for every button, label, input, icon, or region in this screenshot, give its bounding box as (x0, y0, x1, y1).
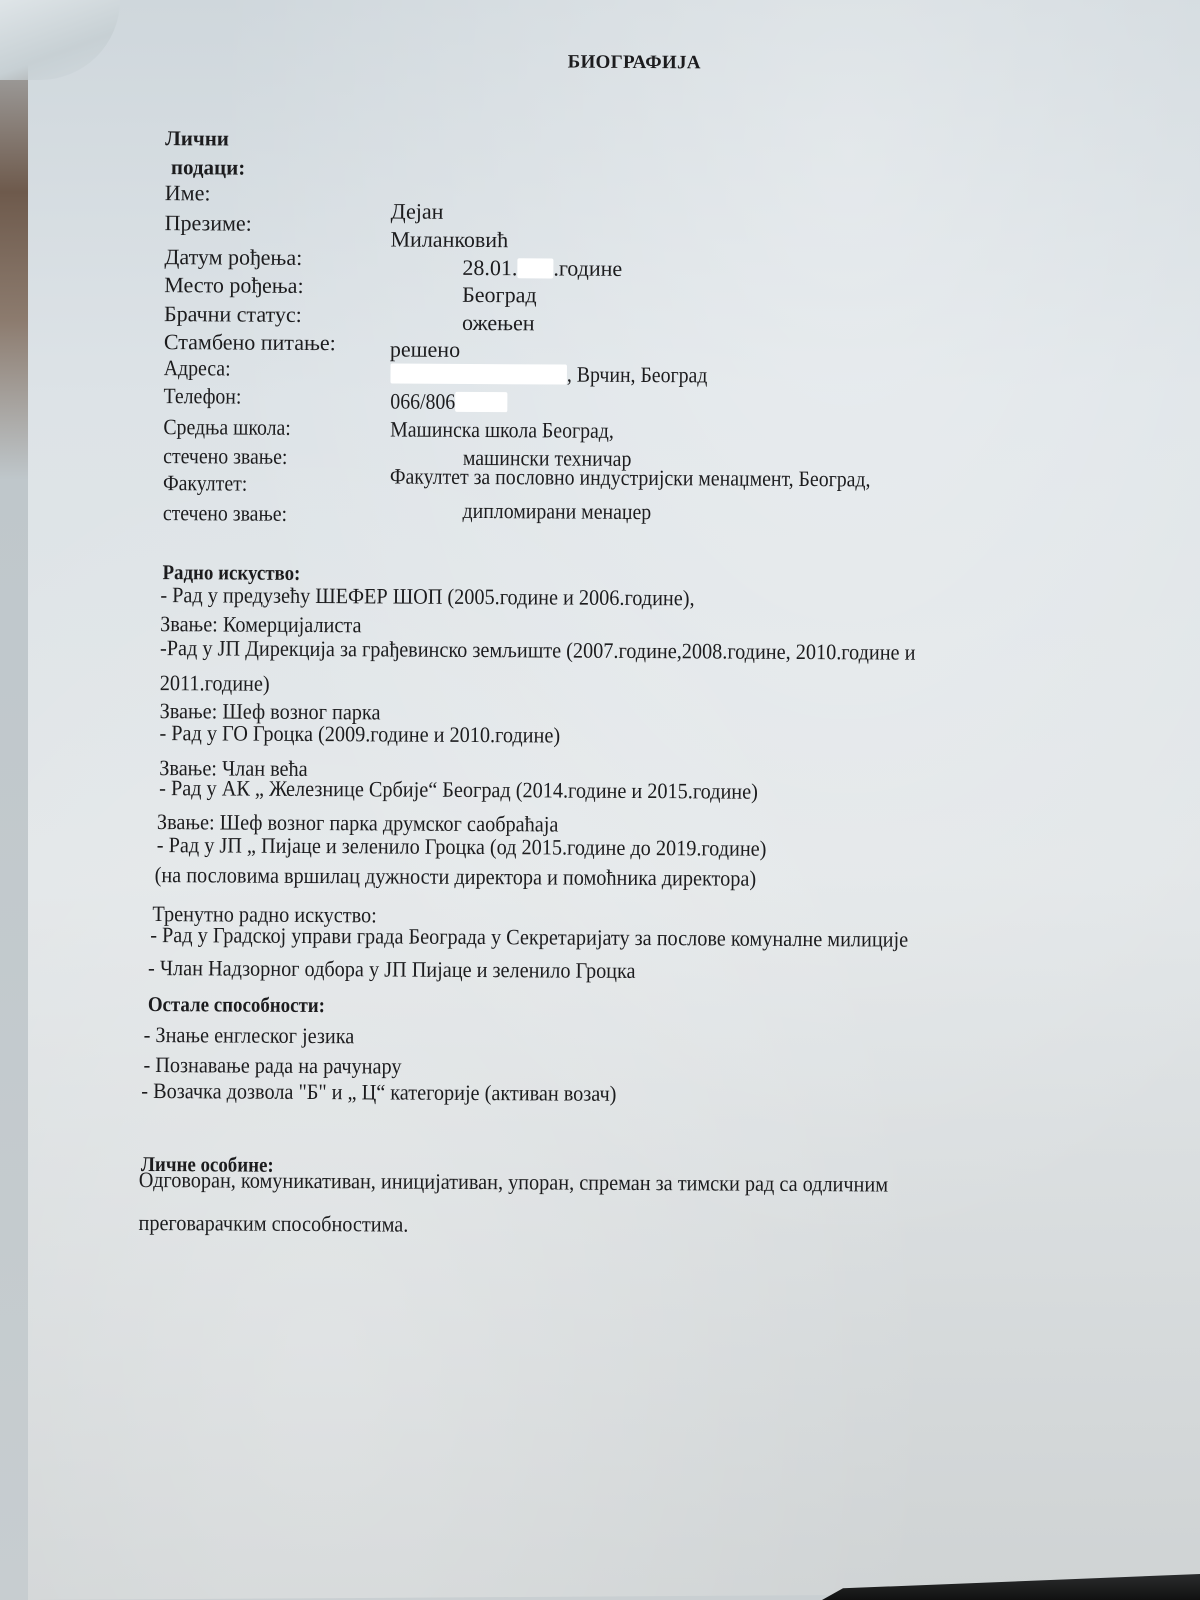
work-line: - Рад у ЈП „ Пијаце и зеленило Гроцка (о… (157, 834, 767, 860)
personal-data-heading-line1: Лични (165, 126, 229, 151)
work-line: - Рад у ГО Гроцка (2009.године и 2010.го… (159, 722, 560, 746)
redacted-phone-digits (455, 392, 507, 412)
document-title: БИОГРАФИЈА (568, 52, 701, 75)
field-label: стечено звање: (163, 445, 287, 468)
work-line: - Рад у АК „ Железнице Србије“ Београд (… (159, 777, 758, 803)
birth-date-prefix: 28.01. (462, 255, 517, 280)
work-line: 2011.године) (160, 672, 270, 695)
field-value: Дејан (391, 200, 444, 222)
other-skills-heading: Остале способности: (148, 992, 325, 1018)
work-line: - Члан Надзорног одбора у ЈП Пијаце и зе… (148, 957, 636, 982)
field-label: Брачни статус: (164, 303, 302, 326)
field-value: , Врчин, Београд (390, 362, 707, 386)
field-label: Средња школа: (163, 416, 291, 439)
field-label: Датум рођења: (164, 246, 302, 269)
field-label: Адреса: (164, 357, 231, 379)
field-label: Факултет: (163, 472, 247, 495)
redacted-year (517, 258, 553, 278)
field-value: Миланковић (390, 228, 508, 251)
work-line: - Рад у предузећу ШЕФЕР ШОП (2005.године… (160, 584, 694, 609)
field-label: Телефон: (164, 385, 242, 407)
personal-data-heading-line2: подаци: (171, 155, 245, 180)
address-suffix: , Врчин, Београд (567, 362, 708, 388)
field-value: решено (390, 338, 460, 360)
work-line: - Рад у Градској управи града Београда у… (150, 924, 908, 951)
redacted-street (390, 363, 567, 384)
work-line: Звање: Комерцијалиста (160, 613, 361, 636)
skill-line: - Возачка дозвола "Б" и „ Ц“ категорије … (141, 1080, 616, 1105)
skill-line: - Знање енглеског језика (144, 1024, 355, 1047)
field-value: 28.01..године (462, 257, 622, 280)
field-label: Стамбено питање: (164, 331, 336, 354)
field-value: Факултет за пословно индустријски менаџм… (390, 465, 871, 490)
field-label: стечено звање: (163, 502, 287, 525)
traits-line: Одговоран, комуникативан, иницијативан, … (139, 1169, 888, 1196)
field-value: Машинска школа Београд, (390, 418, 614, 441)
field-label: Име: (165, 182, 211, 204)
biography-document: БИОГРАФИЈА Лични подаци: Име: Дејан През… (0, 0, 1200, 1600)
work-line: (на пословима вршилац дужности директора… (155, 864, 757, 890)
birth-date-suffix: .године (553, 255, 622, 280)
field-value: дипломирани менаџер (463, 500, 652, 523)
work-line: -Рад у ЈП Дирекција за грађевинско земљи… (160, 637, 916, 664)
field-label: Презиме: (165, 212, 252, 235)
phone-prefix: 066/806 (390, 388, 455, 413)
traits-line: преговарачким способностима. (138, 1212, 408, 1236)
field-value: 066/806 (390, 390, 507, 413)
field-value: Београд (462, 284, 537, 306)
skill-line: - Познавање рада на рачунару (143, 1054, 401, 1078)
field-value: ожењен (462, 312, 535, 334)
field-label: Место рођења: (164, 274, 303, 297)
